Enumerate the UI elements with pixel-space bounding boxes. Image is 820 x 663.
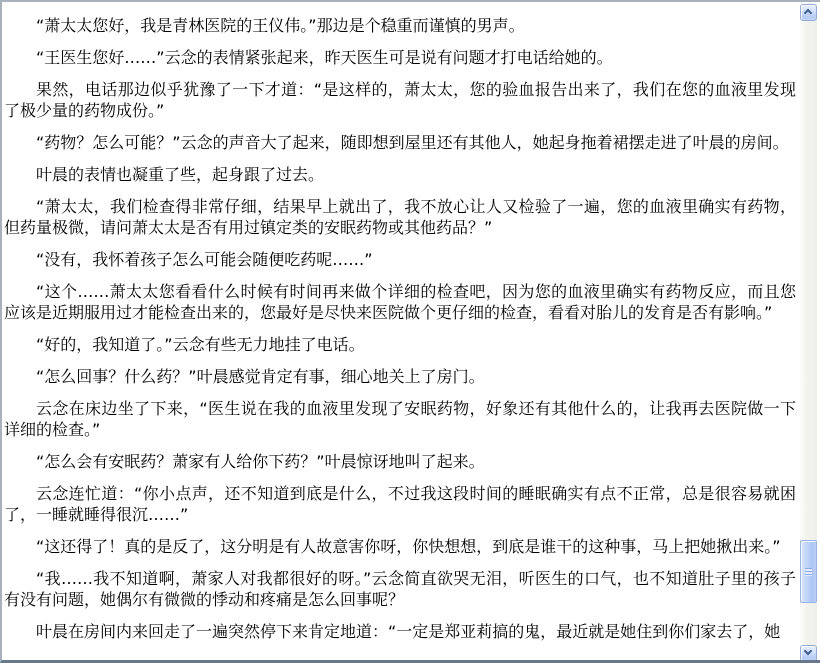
scrollbar-grip-icon — [805, 568, 812, 576]
scrollbar-track-upper[interactable] — [800, 21, 817, 540]
scrollbar-thumb[interactable] — [800, 540, 817, 603]
novel-paragraph: 叶晨在房间内来回走了一遍突然停下来肯定地道：“一定是郑亚莉搞的鬼，最近就是她住到… — [4, 621, 796, 642]
novel-paragraph: “药物？怎么可能？”云念的声音大了起来，随即想到屋里还有其他人，她起身拖着裙摆走… — [4, 132, 796, 153]
novel-paragraph: “这还得了！真的是反了，这分明是有人故意害你呀，你快想想，到底是谁干的这种事，马… — [4, 536, 796, 557]
novel-paragraph: “怎么回事？什么药？”叶晨感觉肯定有事，细心地关上了房门。 — [4, 366, 796, 387]
novel-paragraph: 云念在床边坐了下来，“医生说在我的血液里发现了安眠药物，好象还有其他什么的，让我… — [4, 398, 796, 440]
novel-paragraph: 果然，电话那边似乎犹豫了一下才道：“是这样的，萧太太，您的验血报告出来了，我们在… — [4, 79, 796, 121]
novel-paragraph: “好的，我知道了。”云念有些无力地挂了电话。 — [4, 334, 796, 355]
novel-reader-page: “萧太太您好，我是青林医院的王仪伟。”那边是个稳重而谨慎的男声。 “王医生您好…… — [0, 0, 820, 663]
scroll-up-button[interactable] — [800, 4, 817, 21]
scrollbar-track-lower[interactable] — [800, 603, 817, 645]
novel-paragraph: “王医生您好……”云念的表情紧张起来，昨天医生可是说有问题才打电话给她的。 — [4, 47, 796, 68]
novel-paragraph: “萧太太您好，我是青林医院的王仪伟。”那边是个稳重而谨慎的男声。 — [4, 15, 796, 36]
novel-paragraph: “这个……萧太太您看看什么时候有时间再来做个详细的检查吧，因为您的血液里确实有药… — [4, 281, 796, 323]
novel-paragraph: “怎么会有安眠药？萧家有人给你下药？”叶晨惊讶地叫了起来。 — [4, 451, 796, 472]
novel-paragraph: “萧太太，我们检查得非常仔细，结果早上就出了，我不放心让人又检验了一遍，您的血液… — [4, 196, 796, 238]
scroll-down-button[interactable] — [800, 645, 817, 662]
vertical-scrollbar[interactable] — [800, 4, 817, 662]
novel-paragraph: 云念连忙道：“你小点声，还不知道到底是什么，不过我这段时间的睡眠确实有点不正常，… — [4, 483, 796, 525]
chevron-up-icon — [804, 9, 812, 17]
novel-paragraph: “没有，我怀着孩子怎么可能会随便吃药呢……” — [4, 249, 796, 270]
novel-paragraph: 叶晨的表情也凝重了些，起身跟了过去。 — [4, 164, 796, 185]
novel-text-area: “萧太太您好，我是青林医院的王仪伟。”那边是个稳重而谨慎的男声。 “王医生您好…… — [4, 2, 796, 660]
novel-paragraph: “我……我不知道啊，萧家人对我都很好的呀。”云念简直欲哭无泪，听医生的口气，也不… — [4, 568, 796, 610]
chevron-down-icon — [804, 647, 812, 655]
